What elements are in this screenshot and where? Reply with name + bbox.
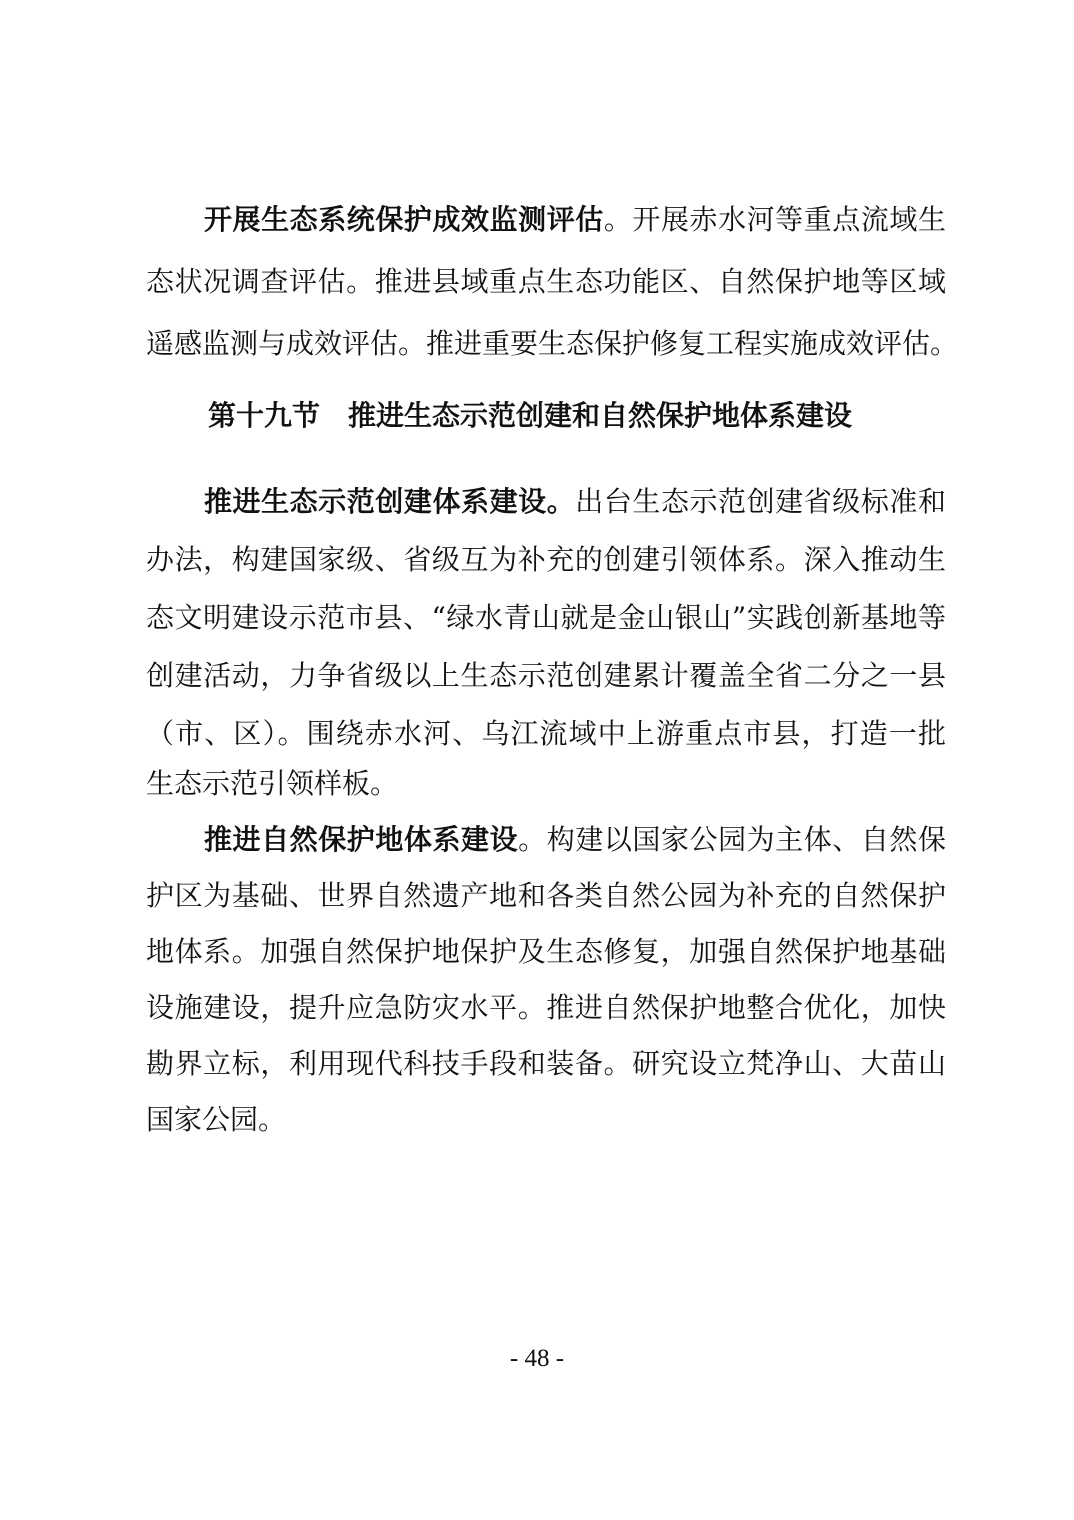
paragraph-1-line-3: 遥感监测与成效评估。推进重要生态保护修复工程实施成效评估。 [146,324,946,364]
paragraph-1-lead: 开展生态系统保护成效监测评估 [204,203,604,236]
section-heading: 第十九节推进生态示范创建和自然保护地体系建设 [208,396,888,436]
paragraph-2-lead: 推进生态示范创建体系建设。 [204,485,575,518]
paragraph-3-lead: 推进自然保护地体系建设 [204,823,518,856]
section-title: 推进生态示范创建和自然保护地体系建设 [348,399,852,432]
paragraph-3-line-5: 勘界立标，利用现代科技手段和装备。研究设立梵净山、大苗山 [146,1044,946,1084]
paragraph-2-line-3: 态文明建设示范市县、“绿水青山就是金山银山”实践创新基地等 [146,598,946,638]
paragraph-2-line-1: 推进生态示范创建体系建设。出台生态示范创建省级标准和 [204,482,946,522]
paragraph-2-line-4: 创建活动，力争省级以上生态示范创建累计覆盖全省二分之一县 [146,656,946,696]
paragraph-1-text: 。开展赤水河等重点流域生 [604,203,946,236]
paragraph-2-line-2: 办法，构建国家级、省级互为补充的创建引领体系。深入推动生 [146,540,946,580]
paragraph-2-line-5: （市、区）。围绕赤水河、乌江流域中上游重点市县，打造一批 [146,714,946,754]
paragraph-2-text: 出台生态示范创建省级标准和 [575,485,946,518]
page-number: - 48 - [0,1344,1074,1374]
paragraph-3-line-6: 国家公园。 [146,1100,946,1140]
paragraph-3-text: 。构建以国家公园为主体、自然保 [518,823,946,856]
paragraph-3-line-3: 地体系。加强自然保护地保护及生态修复，加强自然保护地基础 [146,932,946,972]
paragraph-3-line-1: 推进自然保护地体系建设。构建以国家公园为主体、自然保 [204,820,946,860]
paragraph-2-line-6: 生态示范引领样板。 [146,764,946,804]
paragraph-1-line-1: 开展生态系统保护成效监测评估。开展赤水河等重点流域生 [204,200,946,240]
paragraph-3-line-4: 设施建设，提升应急防灾水平。推进自然保护地整合优化，加快 [146,988,946,1028]
paragraph-3-line-2: 护区为基础、世界自然遗产地和各类自然公园为补充的自然保护 [146,876,946,916]
document-page: 开展生态系统保护成效监测评估。开展赤水河等重点流域生 态状况调查评估。推进县域重… [0,0,1074,1520]
section-number: 第十九节 [208,396,348,436]
paragraph-1-line-2: 态状况调查评估。推进县域重点生态功能区、自然保护地等区域 [146,262,946,302]
